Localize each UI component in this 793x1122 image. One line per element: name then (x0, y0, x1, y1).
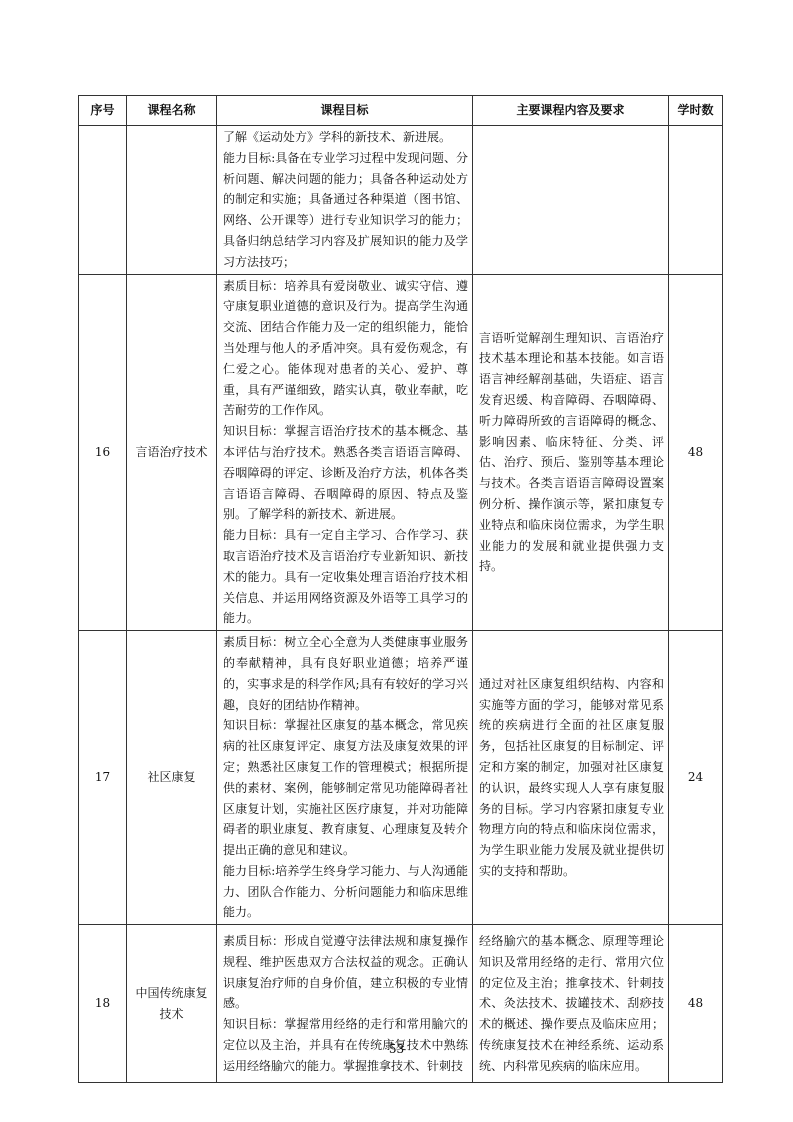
goal-paragraph: 能力目标：具有一定自主学习、合作学习、获取言语治疗技术及言语治疗专业新知识、新技… (223, 525, 468, 629)
table-row: 17 社区康复 素质目标：树立全心全意为人类健康事业服务的奉献精神，具有良好职业… (79, 631, 723, 925)
goal-paragraph: 能力目标:培养学生终身学习能力、与人沟通能力、团队合作能力、分析问题能力和临床思… (223, 861, 468, 923)
goal-paragraph: 了解《运动处方》学科的新技术、新进展。 (223, 127, 468, 148)
cell-hours: 48 (669, 925, 723, 1083)
course-table: 序号 课程名称 课程目标 主要课程内容及要求 学时数 了解《运动处方》学科的新技… (78, 95, 723, 1083)
cell-course-goal: 素质目标：树立全心全意为人类健康事业服务的奉献精神，具有良好职业道德；培养严谨的… (217, 631, 473, 925)
header-course-goal: 课程目标 (217, 96, 473, 126)
cell-no: 18 (79, 925, 127, 1083)
cell-course-name: 中国传统康复技术 (127, 925, 217, 1083)
table-row: 16 言语治疗技术 素质目标：培养具有爱岗敬业、诚实守信、遵守康复职业道德的意识… (79, 274, 723, 631)
content-paragraph: 通过对社区康复组织结构、内容和实施等方面的学习，能够对常见系统的疾病进行全面的社… (479, 674, 664, 882)
cell-course-content: 通过对社区康复组织结构、内容和实施等方面的学习，能够对常见系统的疾病进行全面的社… (473, 631, 669, 925)
cell-course-goal: 了解《运动处方》学科的新技术、新进展。 能力目标:具备在专业学习过程中发现问题、… (217, 126, 473, 275)
table-row: 18 中国传统康复技术 素质目标：形成自觉遵守法律法规和康复操作规程、维护医患双… (79, 925, 723, 1083)
header-course-content: 主要课程内容及要求 (473, 96, 669, 126)
cell-hours (669, 126, 723, 275)
header-hours: 学时数 (669, 96, 723, 126)
cell-no: 17 (79, 631, 127, 925)
table-header-row: 序号 课程名称 课程目标 主要课程内容及要求 学时数 (79, 96, 723, 126)
goal-paragraph: 素质目标：形成自觉遵守法律法规和康复操作规程、维护医患双方合法权益的观念。正确认… (223, 931, 468, 1014)
goal-paragraph: 知识目标：掌握言语治疗技术的基本概念、基本评估与治疗技术。熟悉各类言语语言障碍、… (223, 421, 468, 525)
cell-course-goal: 素质目标：培养具有爱岗敬业、诚实守信、遵守康复职业道德的意识及行为。提高学生沟通… (217, 274, 473, 631)
cell-course-name: 言语治疗技术 (127, 274, 217, 631)
cell-course-content (473, 126, 669, 275)
table-row: 了解《运动处方》学科的新技术、新进展。 能力目标:具备在专业学习过程中发现问题、… (79, 126, 723, 275)
goal-paragraph: 素质目标：培养具有爱岗敬业、诚实守信、遵守康复职业道德的意识及行为。提高学生沟通… (223, 276, 468, 422)
header-no: 序号 (79, 96, 127, 126)
cell-course-goal: 素质目标：形成自觉遵守法律法规和康复操作规程、维护医患双方合法权益的观念。正确认… (217, 925, 473, 1083)
cell-hours: 24 (669, 631, 723, 925)
cell-no: 16 (79, 274, 127, 631)
cell-hours: 48 (669, 274, 723, 631)
cell-course-content: 经络腧穴的基本概念、原理等理论知识及常用经络的走行、常用穴位的定位及主治；推拿技… (473, 925, 669, 1083)
goal-paragraph: 素质目标：树立全心全意为人类健康事业服务的奉献精神，具有良好职业道德；培养严谨的… (223, 632, 468, 715)
goal-paragraph: 能力目标:具备在专业学习过程中发现问题、分析问题、解决问题的能力；具备各种运动处… (223, 148, 468, 273)
cell-course-content: 言语听觉解剖生理知识、言语治疗技术基本理论和基本技能。如言语语言神经解剖基础，失… (473, 274, 669, 631)
content-paragraph: 言语听觉解剖生理知识、言语治疗技术基本理论和基本技能。如言语语言神经解剖基础，失… (479, 328, 664, 578)
page-number: 53 (0, 1042, 793, 1056)
header-course-name: 课程名称 (127, 96, 217, 126)
cell-no (79, 126, 127, 275)
cell-course-name: 社区康复 (127, 631, 217, 925)
cell-course-name (127, 126, 217, 275)
goal-paragraph: 知识目标：掌握社区康复的基本概念，常见疾病的社区康复评定、康复方法及康复效果的评… (223, 715, 468, 861)
